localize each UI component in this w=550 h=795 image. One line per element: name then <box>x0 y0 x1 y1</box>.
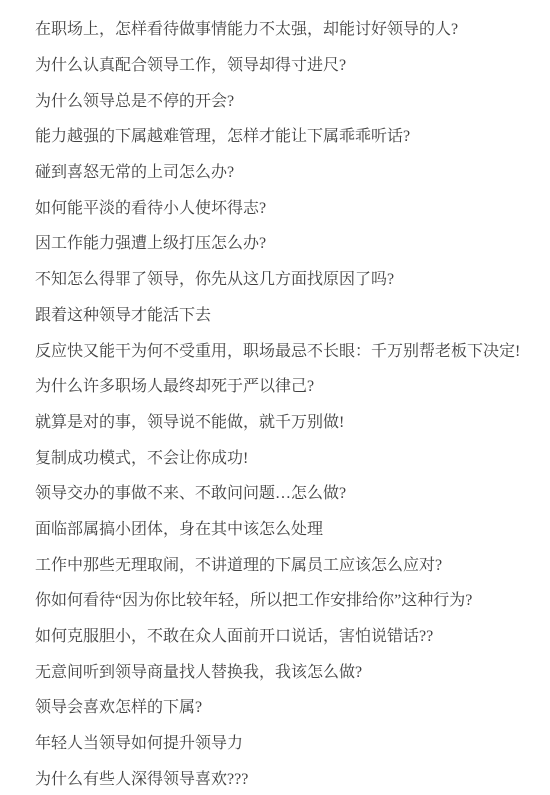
question-list-item[interactable]: 面临部属搞小团体，身在其中该怎么处理 <box>35 510 538 546</box>
question-text: 为什么认真配合领导工作，领导却得寸进尺? <box>35 52 346 75</box>
question-list-item[interactable]: 在职场上，怎样看待做事情能力不太强，却能讨好领导的人? <box>35 10 538 46</box>
question-text: 如何能平淡的看待小人使坏得志? <box>35 195 266 218</box>
question-list-page: 在职场上，怎样看待做事情能力不太强，却能讨好领导的人?为什么认真配合领导工作，领… <box>0 0 550 795</box>
question-text: 领导会喜欢怎样的下属? <box>35 694 202 717</box>
question-text: 为什么领导总是不停的开会? <box>35 88 234 111</box>
question-text: 如何克服胆小，不敢在众人面前开口说话，害怕说错话?? <box>35 623 433 646</box>
question-list-item[interactable]: 你如何看待“因为你比较年轻，所以把工作安排给你”这种行为? <box>35 581 538 617</box>
question-text: 反应快又能干为何不受重用，职场最忌不长眼：千万别帮老板下决定! <box>35 338 520 361</box>
question-list-item[interactable]: 为什么有些人深得领导喜欢??? <box>35 759 538 795</box>
question-list-item[interactable]: 复制成功模式，不会让你成功! <box>35 438 538 474</box>
question-list-item[interactable]: 跟着这种领导才能活下去 <box>35 296 538 332</box>
question-list-item[interactable]: 为什么认真配合领导工作，领导却得寸进尺? <box>35 46 538 82</box>
question-text: 工作中那些无理取闹，不讲道理的下属员工应该怎么应对? <box>35 552 442 575</box>
question-list-item[interactable]: 无意间听到领导商量找人替换我，我该怎么做? <box>35 652 538 688</box>
question-list-item[interactable]: 为什么许多职场人最终却死于严以律己? <box>35 367 538 403</box>
question-text: 领导交办的事做不来、不敢问问题…怎么做? <box>35 480 346 503</box>
question-list-item[interactable]: 碰到喜怒无常的上司怎么办? <box>35 153 538 189</box>
question-list-item[interactable]: 为什么领导总是不停的开会? <box>35 81 538 117</box>
question-text: 复制成功模式，不会让你成功! <box>35 445 248 468</box>
question-text: 你如何看待“因为你比较年轻，所以把工作安排给你”这种行为? <box>35 587 472 610</box>
question-text: 年轻人当领导如何提升领导力 <box>35 730 243 753</box>
question-list-item[interactable]: 领导会喜欢怎样的下属? <box>35 688 538 724</box>
question-list-item[interactable]: 不知怎么得罪了领导，你先从这几方面找原因了吗? <box>35 260 538 296</box>
question-list: 在职场上，怎样看待做事情能力不太强，却能讨好领导的人?为什么认真配合领导工作，领… <box>0 0 550 795</box>
question-list-item[interactable]: 如何克服胆小，不敢在众人面前开口说话，害怕说错话?? <box>35 617 538 653</box>
question-list-item[interactable]: 年轻人当领导如何提升领导力 <box>35 724 538 760</box>
question-text: 为什么许多职场人最终却死于严以律己? <box>35 373 314 396</box>
question-list-item[interactable]: 领导交办的事做不来、不敢问问题…怎么做? <box>35 474 538 510</box>
question-text: 碰到喜怒无常的上司怎么办? <box>35 159 234 182</box>
question-list-item[interactable]: 如何能平淡的看待小人使坏得志? <box>35 188 538 224</box>
question-list-item[interactable]: 反应快又能干为何不受重用，职场最忌不长眼：千万别帮老板下决定! <box>35 331 538 367</box>
question-text: 跟着这种领导才能活下去 <box>35 302 211 325</box>
question-text: 因工作能力强遭上级打压怎么办? <box>35 230 266 253</box>
question-list-item[interactable]: 能力越强的下属越难管理，怎样才能让下属乖乖听话? <box>35 117 538 153</box>
question-list-item[interactable]: 因工作能力强遭上级打压怎么办? <box>35 224 538 260</box>
question-text: 面临部属搞小团体，身在其中该怎么处理 <box>35 516 323 539</box>
question-text: 不知怎么得罪了领导，你先从这几方面找原因了吗? <box>35 266 394 289</box>
question-text: 就算是对的事，领导说不能做，就千万别做! <box>35 409 344 432</box>
question-list-item[interactable]: 就算是对的事，领导说不能做，就千万别做! <box>35 403 538 439</box>
question-text: 在职场上，怎样看待做事情能力不太强，却能讨好领导的人? <box>35 16 458 39</box>
question-list-item[interactable]: 工作中那些无理取闹，不讲道理的下属员工应该怎么应对? <box>35 545 538 581</box>
question-text: 无意间听到领导商量找人替换我，我该怎么做? <box>35 659 362 682</box>
question-text: 能力越强的下属越难管理，怎样才能让下属乖乖听话? <box>35 123 410 146</box>
question-text: 为什么有些人深得领导喜欢??? <box>35 766 248 789</box>
